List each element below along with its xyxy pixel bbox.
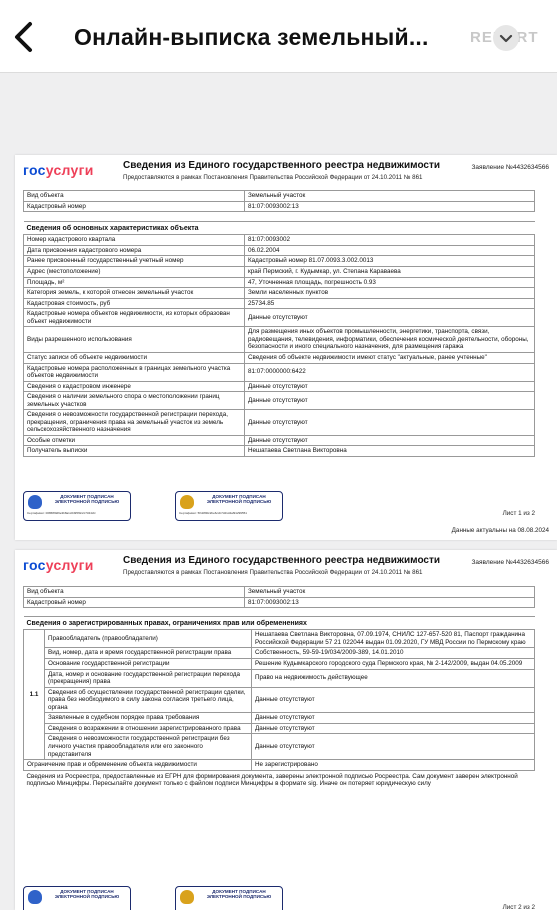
table-cell: Решение Кудымкарского городского суда Пе… — [252, 659, 535, 670]
table-cell: Земельный участок — [245, 191, 535, 202]
table-cell: Данные отсутствуют — [252, 723, 535, 734]
stamp-text: ДОКУМЕНТ ПОДПИСАН ЭЛЕКТРОННОЙ ПОДПИСЬЮ — [200, 494, 278, 505]
emblem-icon — [180, 495, 194, 509]
application-number: Заявление №4432634566 — [471, 559, 549, 566]
document-title: Сведения из Единого государственного рее… — [123, 555, 440, 566]
table-row: Сведения об основных характеристиках объ… — [24, 222, 535, 235]
table-cell: Данные отсутствуют — [245, 381, 535, 392]
top-bar: Онлайн-выписка земельный... REPORT — [0, 0, 557, 73]
table-cell: 1.1 — [24, 630, 45, 760]
table-cell: Данные отсутствуют — [245, 309, 535, 327]
table-cell: Основание государственной регистрации — [45, 659, 252, 670]
table-cell: 25734.85 — [245, 298, 535, 309]
document-header: госуслуги Сведения из Единого государств… — [15, 155, 557, 185]
gosuslugi-logo: госуслуги — [23, 557, 94, 573]
object-table: Вид объектаЗемельный участок Кадастровый… — [23, 190, 535, 212]
table-cell: Кадастровый номер — [24, 597, 245, 608]
table-row: Статус записи об объекте недвижимостиСве… — [24, 352, 535, 363]
table-cell: Данные отсутствуют — [252, 713, 535, 724]
table-cell: 81:07:0093002 — [245, 235, 535, 246]
table-row: Сведения о невозможности государственной… — [24, 410, 535, 436]
table-cell: Кадастровый номер — [24, 201, 245, 212]
table-cell: Земли населенных пунктов — [245, 288, 535, 299]
table-cell: край Пермский, г. Кудымкар, ул. Степана … — [245, 267, 535, 278]
table-cell: Сведения об осуществлении государственно… — [45, 687, 252, 713]
emblem-icon — [180, 890, 194, 904]
signature-stamp-mincifry: ДОКУМЕНТ ПОДПИСАН ЭЛЕКТРОННОЙ ПОДПИСЬЮ — [175, 886, 283, 910]
table-cell: Правообладатель (правообладатели) — [45, 630, 252, 648]
table-cell: Ограничение прав и обременение объекта н… — [24, 760, 252, 771]
table-row: Сведения о возражении в отношении зареги… — [24, 723, 535, 734]
document-subtitle: Предоставляются в рамках Постановления П… — [123, 174, 423, 181]
table-cell: Заявленные в судебном порядке права треб… — [45, 713, 252, 724]
table-cell: Сведения о невозможности государственной… — [24, 410, 245, 436]
table-row: Сведения о наличии земельного спора о ме… — [24, 392, 535, 410]
table-cell: Земельный участок — [245, 587, 535, 598]
table-cell: Данные отсутствуют — [245, 392, 535, 410]
document-subtitle: Предоставляются в рамках Постановления П… — [123, 569, 423, 576]
object-table: Вид объектаЗемельный участок Кадастровый… — [23, 586, 535, 608]
table-cell: Площадь, м² — [24, 277, 245, 288]
table-row: Вид, номер, дата и время государственной… — [24, 648, 535, 659]
table-cell: 47, Уточненная площадь, погрешность 0.93 — [245, 277, 535, 288]
table-cell: Дата, номер и основание государственной … — [45, 669, 252, 687]
chevron-down-icon — [493, 25, 519, 51]
characteristics-table: Сведения об основных характеристиках объ… — [23, 221, 535, 457]
logo-text: услуги — [46, 557, 94, 573]
table-row: Номер кадастрового квартала81:07:0093002 — [24, 235, 535, 246]
page-title: Онлайн-выписка земельный... — [74, 24, 429, 51]
table-row: Дата, номер и основание государственной … — [24, 669, 535, 687]
table-row: Ограничение прав и обременение объекта н… — [24, 760, 535, 771]
table-cell: Виды разрешенного использования — [24, 327, 245, 353]
logo-text: услуги — [46, 162, 94, 178]
extract-page-2: госуслуги Сведения из Единого государств… — [15, 550, 557, 910]
table-row: Сведения из Росреестра, предоставленные … — [24, 770, 535, 789]
table-cell: Сведения о кадастровом инженере — [24, 381, 245, 392]
table-row: Сведения о зарегистрированных правах, ог… — [24, 617, 535, 630]
emblem-icon — [28, 495, 42, 509]
document-header: госуслуги Сведения из Единого государств… — [15, 550, 557, 580]
table-cell: Для размещения иных объектов промышленно… — [245, 327, 535, 353]
stamp-text: ДОКУМЕНТ ПОДПИСАН ЭЛЕКТРОННОЙ ПОДПИСЬЮ — [48, 889, 126, 900]
table-cell: Адрес (местоположение) — [24, 267, 245, 278]
table-cell: Особые отметки — [24, 435, 245, 446]
table-cell: Статус записи об объекте недвижимости — [24, 352, 245, 363]
table-cell: 81:07:0093002:13 — [245, 597, 535, 608]
table-cell: Сведения о наличии земельного спора о ме… — [24, 392, 245, 410]
table-row: 1.1Правообладатель (правообладатели)Неша… — [24, 630, 535, 648]
table-cell: Нешатаева Светлана Викторовна — [245, 446, 535, 457]
data-actual-date: Данные актуальны на 08.08.2024 — [452, 527, 549, 534]
sheet-number: Лист 2 из 2 — [503, 904, 535, 910]
table-cell: Не зарегистрировано — [252, 760, 535, 771]
table-row: Особые отметкиДанные отсутствуют — [24, 435, 535, 446]
signature-stamp-rosreestr: ДОКУМЕНТ ПОДПИСАН ЭЛЕКТРОННОЙ ПОДПИСЬЮ С… — [23, 491, 131, 521]
table-cell: Кадастровый номер 81.07.0093.3.002.0013 — [245, 256, 535, 267]
table-cell: Дата присвоения кадастрового номера — [24, 245, 245, 256]
table-row: Площадь, м²47, Уточненная площадь, погре… — [24, 277, 535, 288]
table-cell: Данные отсутствуют — [252, 687, 535, 713]
table-row: Сведения о невозможности государственной… — [24, 734, 535, 760]
table-cell: Кадастровая стоимость, руб — [24, 298, 245, 309]
table-cell: Данные отсутствуют — [245, 410, 535, 436]
table-row: Получатель выпискиНешатаева Светлана Вик… — [24, 446, 535, 457]
table-cell: Ранее присвоенный государственный учетны… — [24, 256, 245, 267]
table-cell: Вид объекта — [24, 587, 245, 598]
application-number: Заявление №4432634566 — [471, 164, 549, 171]
table-cell: Вид, номер, дата и время государственной… — [45, 648, 252, 659]
section-title: Сведения о зарегистрированных правах, ог… — [24, 617, 535, 630]
table-row: Адрес (местоположение)край Пермский, г. … — [24, 267, 535, 278]
logo-text: гос — [23, 162, 46, 178]
table-cell: Кадастровые номера объектов недвижимости… — [24, 309, 245, 327]
signature-stamp-mincifry: ДОКУМЕНТ ПОДПИСАН ЭЛЕКТРОННОЙ ПОДПИСЬЮ С… — [175, 491, 283, 521]
table-row: Кадастровые номера объектов недвижимости… — [24, 309, 535, 327]
emblem-icon — [28, 890, 42, 904]
table-cell: Кадастровые номера расположенных в грани… — [24, 363, 245, 381]
table-cell: Сведения о возражении в отношении зареги… — [45, 723, 252, 734]
table-row: Заявленные в судебном порядке права треб… — [24, 713, 535, 724]
table-cell: Данные отсутствуют — [245, 435, 535, 446]
stamp-text: ДОКУМЕНТ ПОДПИСАН ЭЛЕКТРОННОЙ ПОДПИСЬЮ — [48, 494, 126, 505]
table-cell: Получатель выписки — [24, 446, 245, 457]
document-title: Сведения из Единого государственного рее… — [123, 160, 440, 171]
stamp-text: ДОКУМЕНТ ПОДПИСАН ЭЛЕКТРОННОЙ ПОДПИСЬЮ — [200, 889, 278, 900]
table-row: Кадастровые номера расположенных в грани… — [24, 363, 535, 381]
table-row: Кадастровый номер81:07:0093002:13 — [24, 201, 535, 212]
table-row: Кадастровый номер81:07:0093002:13 — [24, 597, 535, 608]
table-row: Ранее присвоенный государственный учетны… — [24, 256, 535, 267]
table-row: Вид объектаЗемельный участок — [24, 191, 535, 202]
table-cell: Номер кадастрового квартала — [24, 235, 245, 246]
section-title: Сведения об основных характеристиках объ… — [24, 222, 535, 235]
table-cell: Сведения об объекте недвижимости имеют с… — [245, 352, 535, 363]
table-cell: 06.02.2004 — [245, 245, 535, 256]
table-cell: 81:07:0093002:13 — [245, 201, 535, 212]
back-arrow-icon[interactable] — [10, 20, 40, 54]
table-row: Вид объектаЗемельный участок — [24, 587, 535, 598]
table-row: Категория земель, к которой отнесен земе… — [24, 288, 535, 299]
sheet-number: Лист 1 из 2 — [503, 510, 535, 517]
table-row: Сведения о кадастровом инженереДанные от… — [24, 381, 535, 392]
table-row: Дата присвоения кадастрового номера06.02… — [24, 245, 535, 256]
extract-page-1: госуслуги Сведения из Единого государств… — [15, 155, 557, 540]
table-cell: Сведения о невозможности государственной… — [45, 734, 252, 760]
table-cell: Категория земель, к которой отнесен земе… — [24, 288, 245, 299]
table-cell: Собственность, 59-59-19/034/2009-389, 14… — [252, 648, 535, 659]
table-cell: Право на недвижимость действующее — [252, 669, 535, 687]
table-cell: Данные отсутствуют — [252, 734, 535, 760]
table-cell: Нешатаева Светлана Викторовна, 07.09.197… — [252, 630, 535, 648]
certificate-text: Сертификат: 5f11890c2be6ccb7d21d4af91299… — [179, 511, 247, 515]
expand-button[interactable] — [493, 25, 519, 51]
table-row: Кадастровая стоимость, руб25734.85 — [24, 298, 535, 309]
table-row: Виды разрешенного использованияДля разме… — [24, 327, 535, 353]
gosuslugi-logo: госуслуги — [23, 162, 94, 178]
rights-table: Сведения о зарегистрированных правах, ог… — [23, 616, 535, 789]
signature-stamp-rosreestr: ДОКУМЕНТ ПОДПИСАН ЭЛЕКТРОННОЙ ПОДПИСЬЮ — [23, 886, 131, 910]
logo-text: гос — [23, 557, 46, 573]
legal-note: Сведения из Росреестра, предоставленные … — [24, 770, 535, 789]
table-cell: Вид объекта — [24, 191, 245, 202]
table-cell: 81:07:0000000:6422 — [245, 363, 535, 381]
certificate-text: Сертификат: 0086f80d9e3b8a1c0495f0c2c734… — [27, 511, 96, 515]
table-row: Основание государственной регистрацииРеш… — [24, 659, 535, 670]
table-row: Сведения об осуществлении государственно… — [24, 687, 535, 713]
